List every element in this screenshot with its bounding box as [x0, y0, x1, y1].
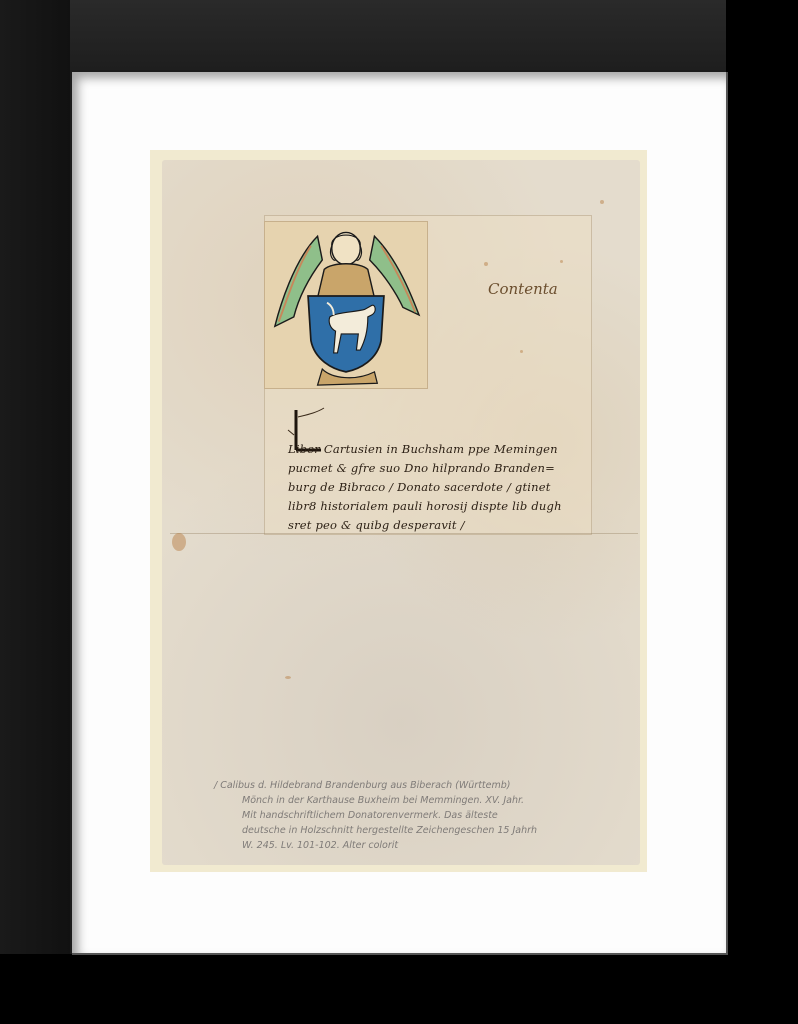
- pencil-line: Mit handschriftlichem Donatorenvermerk. …: [214, 808, 644, 823]
- manuscript-line: Liber Cartusien in Buchsham ppe Memingen: [288, 440, 598, 459]
- paper-stain: [285, 676, 291, 679]
- frame-top-rail: [0, 0, 798, 70]
- pencil-annotation: / Calibus d. Hildebrand Brandenburg aus …: [214, 778, 644, 853]
- pencil-line: Mönch in der Karthause Buxheim bei Memmi…: [214, 793, 644, 808]
- paper-stain: [560, 260, 563, 263]
- paper-stain: [484, 262, 488, 266]
- pencil-line: W. 245. Lv. 101-102. Alter colorit: [214, 838, 644, 853]
- frame-left-rail: [0, 0, 70, 1024]
- angel-icon: [265, 222, 427, 388]
- paper-stain: [172, 533, 186, 551]
- paper-stain: [600, 200, 604, 204]
- contenta-inscription: Contenta: [488, 280, 558, 298]
- manuscript-line: pucmet & gfre suo Dno hilprando Branden=: [288, 459, 598, 478]
- manuscript-line: libr8 historialem pauli horosij dispte l…: [288, 497, 598, 516]
- paper-stain: [520, 350, 523, 353]
- manuscript-line: sret peo & quibg desperavit /: [288, 516, 598, 535]
- manuscript-inscription: Liber Cartusien in Buchsham ppe Memingen…: [288, 440, 598, 535]
- manuscript-line: burg de Bibraco / Donato sacerdote / gti…: [288, 478, 598, 497]
- frame-right-rail: [726, 0, 798, 1024]
- frame-bottom-rail: [0, 954, 798, 1024]
- angel-coat-of-arms-woodcut: [264, 221, 428, 389]
- pencil-line: / Calibus d. Hildebrand Brandenburg aus …: [214, 778, 644, 793]
- pencil-line: deutsche in Holzschnitt hergestellte Zei…: [214, 823, 644, 838]
